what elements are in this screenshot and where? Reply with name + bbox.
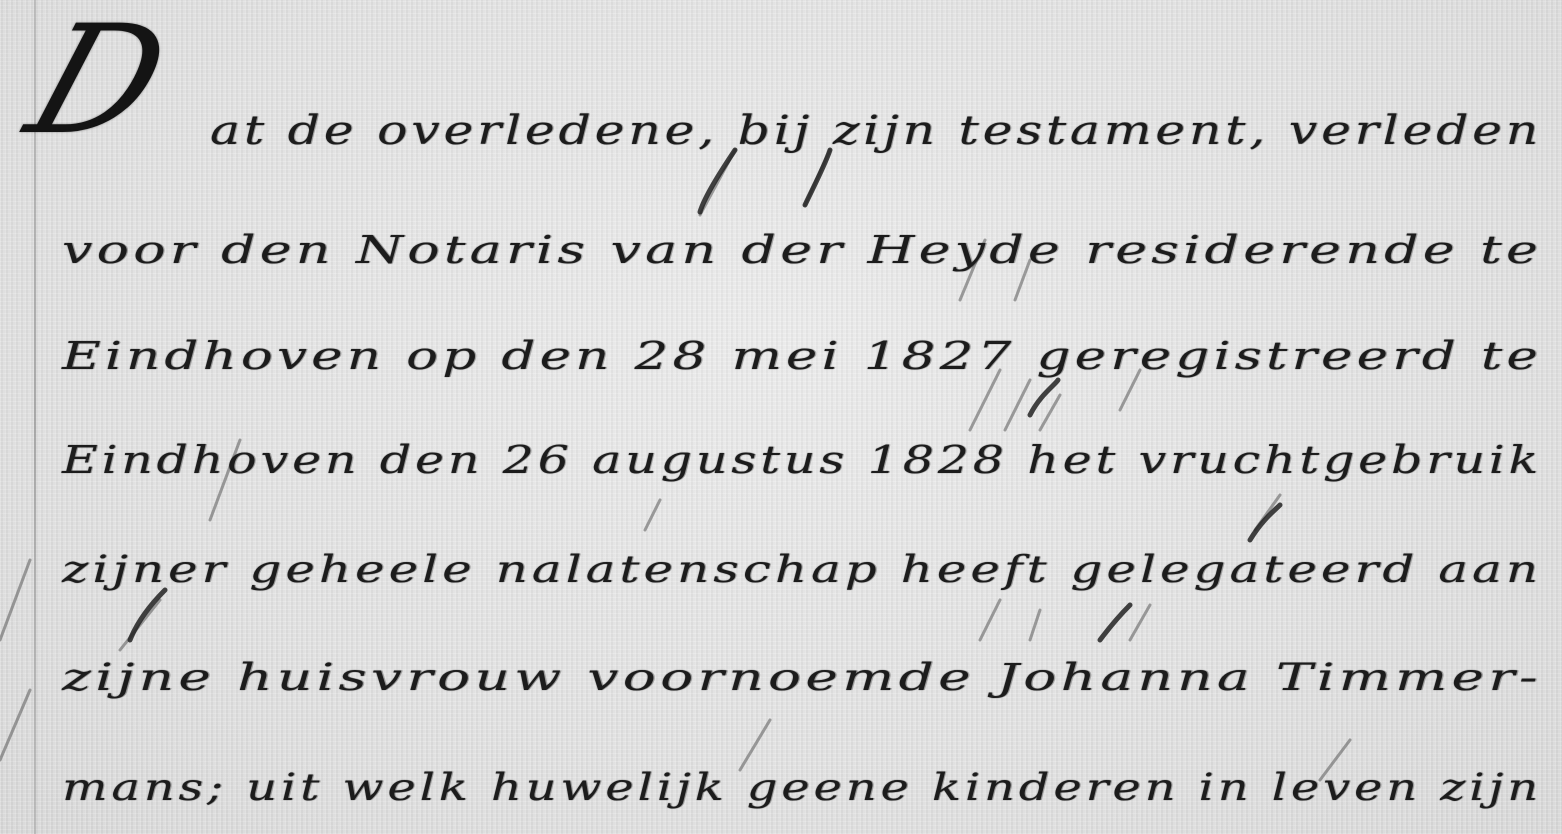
text-line-7: mans; uit welk huwelijk geene kinderen i… [62,766,1542,809]
text-line-1: at de overledene, bij zijn testament, ve… [210,108,1542,154]
text-line-2: voor den Notaris van der Heyde resideren… [62,228,1542,272]
text-line-2-content: voor den Notaris van der Heyde resideren… [62,228,1542,272]
text-line-6: zijne huisvrouw voornoemde Johanna Timme… [62,656,1542,699]
text-line-1-content: at de overledene, bij zijn testament, ve… [210,108,1542,154]
text-line-4-content: Eindhoven den 26 augustus 1828 het vruch… [62,438,1542,482]
text-line-4: Eindhoven den 26 augustus 1828 het vruch… [62,438,1542,482]
text-line-7-content: mans; uit welk huwelijk geene kinderen i… [62,766,1542,809]
text-line-6-content: zijne huisvrouw voornoemde Johanna Timme… [62,656,1542,699]
text-line-3: Eindhoven op den 28 mei 1827 geregistree… [62,334,1542,378]
text-line-3-content: Eindhoven op den 28 mei 1827 geregistree… [62,334,1542,378]
text-line-5-content: zijner geheele nalatenschap heeft gelega… [62,548,1542,591]
text-line-5: zijner geheele nalatenschap heeft gelega… [62,548,1542,591]
